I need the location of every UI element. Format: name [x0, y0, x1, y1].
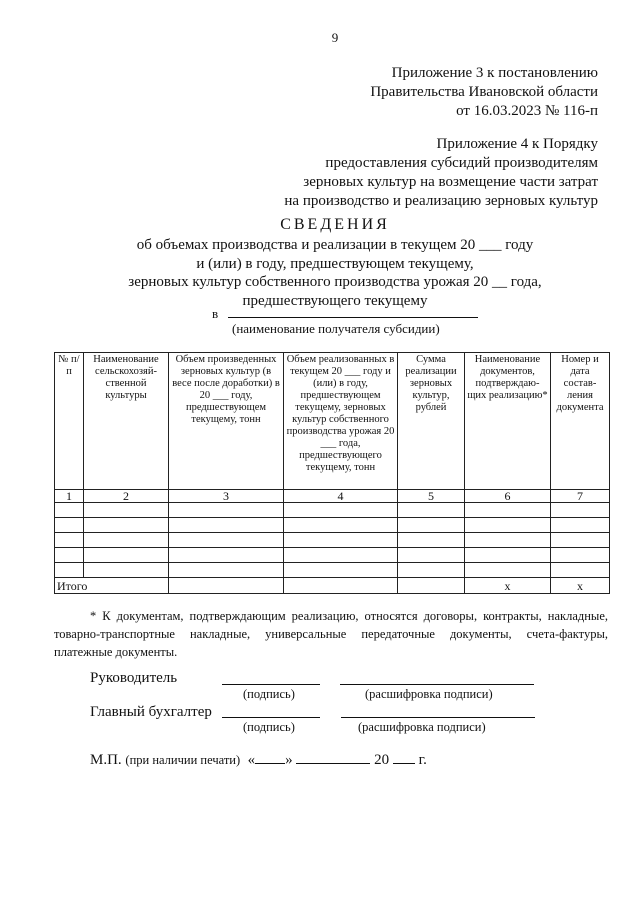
header-cell: Наименование документов, подтверждаю-щих…: [465, 353, 551, 490]
table-cell[interactable]: [284, 503, 398, 518]
header-cell: Объем произведенных зерновых культур (в …: [169, 353, 284, 490]
table-cell[interactable]: [398, 533, 465, 548]
year-suffix: г.: [419, 752, 427, 768]
table-cell[interactable]: [169, 518, 284, 533]
table-cell[interactable]: [84, 548, 169, 563]
table-cell[interactable]: [465, 503, 551, 518]
header-cell: Номер и дата состав-ления документа: [551, 353, 610, 490]
appendix-3-header: Приложение 3 к постановлению Правительст…: [370, 64, 598, 121]
total-cell: x: [551, 578, 610, 594]
month-blank[interactable]: [296, 751, 370, 764]
appendix-4-line: на производство и реализацию зерновых ку…: [284, 192, 598, 211]
table-row: [55, 503, 610, 518]
column-number-row: 1 2 3 4 5 6 7: [55, 490, 610, 503]
table-cell[interactable]: [284, 518, 398, 533]
year-prefix: 20: [374, 752, 389, 768]
appendix-4-line: Приложение 4 к Порядку: [284, 135, 598, 154]
recipient-prefix: в: [212, 306, 218, 321]
recipient-name-blank[interactable]: [228, 305, 478, 318]
appendix-4-header: Приложение 4 к Порядку предоставления су…: [284, 135, 598, 211]
appendix-3-line: Правительства Ивановской области: [370, 83, 598, 102]
total-cell[interactable]: [284, 578, 398, 594]
director-signature-line[interactable]: [222, 684, 320, 685]
total-row: Итого x x: [55, 578, 610, 594]
document-subtitle: об объемах производства и реализации в т…: [0, 236, 640, 310]
column-number: 4: [284, 490, 398, 503]
total-cell[interactable]: [398, 578, 465, 594]
table-cell[interactable]: [169, 533, 284, 548]
table-cell[interactable]: [55, 503, 84, 518]
table-cell[interactable]: [284, 563, 398, 578]
column-number: 5: [398, 490, 465, 503]
table-cell[interactable]: [169, 563, 284, 578]
stamp-date-line: М.П. (при наличии печати) «» 20 г.: [90, 751, 427, 769]
table-cell[interactable]: [84, 563, 169, 578]
table-cell[interactable]: [551, 518, 610, 533]
column-number: 7: [551, 490, 610, 503]
table-cell[interactable]: [551, 563, 610, 578]
table-cell[interactable]: [551, 533, 610, 548]
table-cell[interactable]: [551, 548, 610, 563]
accountant-name-line[interactable]: [341, 717, 535, 718]
table-cell[interactable]: [55, 533, 84, 548]
header-cell: Наименование сельскохозяй-ственной культ…: [84, 353, 169, 490]
appendix-3-line: Приложение 3 к постановлению: [370, 64, 598, 83]
open-quote: «: [248, 752, 256, 768]
header-cell: Объем реализованных в текущем 20 ___ год…: [284, 353, 398, 490]
subtitle-line: и (или) в году, предшествующем текущему,: [30, 255, 640, 274]
table-cell[interactable]: [84, 518, 169, 533]
column-number: 2: [84, 490, 169, 503]
table-cell[interactable]: [84, 503, 169, 518]
signature-decode-caption: (расшифровка подписи): [358, 720, 486, 735]
stamp-note: (при наличии печати): [125, 753, 240, 767]
subtitle-line: зерновых культур собственного производст…: [30, 273, 640, 292]
recipient-field: в: [212, 305, 478, 322]
subtitle-line: об объемах производства и реализации в т…: [30, 236, 640, 255]
table-cell[interactable]: [398, 563, 465, 578]
signature-caption: (подпись): [243, 720, 295, 735]
appendix-3-line: от 16.03.2023 № 116-п: [370, 102, 598, 121]
table-cell[interactable]: [55, 548, 84, 563]
appendix-4-line: зерновых культур на возмещение части зат…: [284, 173, 598, 192]
table-cell[interactable]: [169, 548, 284, 563]
table-header-row: № п/п Наименование сельскохозяй-ственной…: [55, 353, 610, 490]
recipient-caption: (наименование получателя субсидии): [232, 321, 440, 337]
year-blank[interactable]: [393, 751, 415, 764]
director-name-line[interactable]: [340, 684, 534, 685]
stamp-label: М.П.: [90, 752, 122, 768]
document-title: СВЕДЕНИЯ: [0, 216, 640, 234]
day-blank[interactable]: [255, 751, 285, 764]
table-row: [55, 563, 610, 578]
total-label: Итого: [55, 578, 169, 594]
table-cell[interactable]: [55, 563, 84, 578]
table-cell[interactable]: [398, 548, 465, 563]
table-cell[interactable]: [398, 518, 465, 533]
accountant-signature-line[interactable]: [222, 717, 320, 718]
table-cell[interactable]: [55, 518, 84, 533]
total-cell[interactable]: [169, 578, 284, 594]
signature-caption: (подпись): [243, 687, 295, 702]
close-quote: »: [285, 752, 293, 768]
table-cell[interactable]: [465, 518, 551, 533]
header-cell: Сумма реализации зерновых культур, рубле…: [398, 353, 465, 490]
footnote-text: * К документам, подтверждающим реализаци…: [54, 609, 608, 659]
page-number: 9: [0, 30, 640, 46]
table-cell[interactable]: [465, 533, 551, 548]
table-cell[interactable]: [284, 533, 398, 548]
table-cell[interactable]: [465, 563, 551, 578]
column-number: 6: [465, 490, 551, 503]
table-cell[interactable]: [551, 503, 610, 518]
footnote: * К документам, подтверждающим реализаци…: [54, 607, 608, 661]
header-cell: № п/п: [55, 353, 84, 490]
table-cell[interactable]: [84, 533, 169, 548]
signature-role-chief-accountant: Главный бухгалтер: [90, 704, 212, 721]
column-number: 3: [169, 490, 284, 503]
table-row: [55, 548, 610, 563]
column-number: 1: [55, 490, 84, 503]
table-cell[interactable]: [284, 548, 398, 563]
data-table: № п/п Наименование сельскохозяй-ственной…: [54, 352, 610, 594]
signature-role-director: Руководитель: [90, 670, 177, 687]
signature-decode-caption: (расшифровка подписи): [365, 687, 493, 702]
table-row: [55, 533, 610, 548]
table-row: [55, 518, 610, 533]
appendix-4-line: предоставления субсидий производителям: [284, 154, 598, 173]
table-cell[interactable]: [169, 503, 284, 518]
table-cell[interactable]: [465, 548, 551, 563]
table-cell[interactable]: [398, 503, 465, 518]
total-cell: x: [465, 578, 551, 594]
